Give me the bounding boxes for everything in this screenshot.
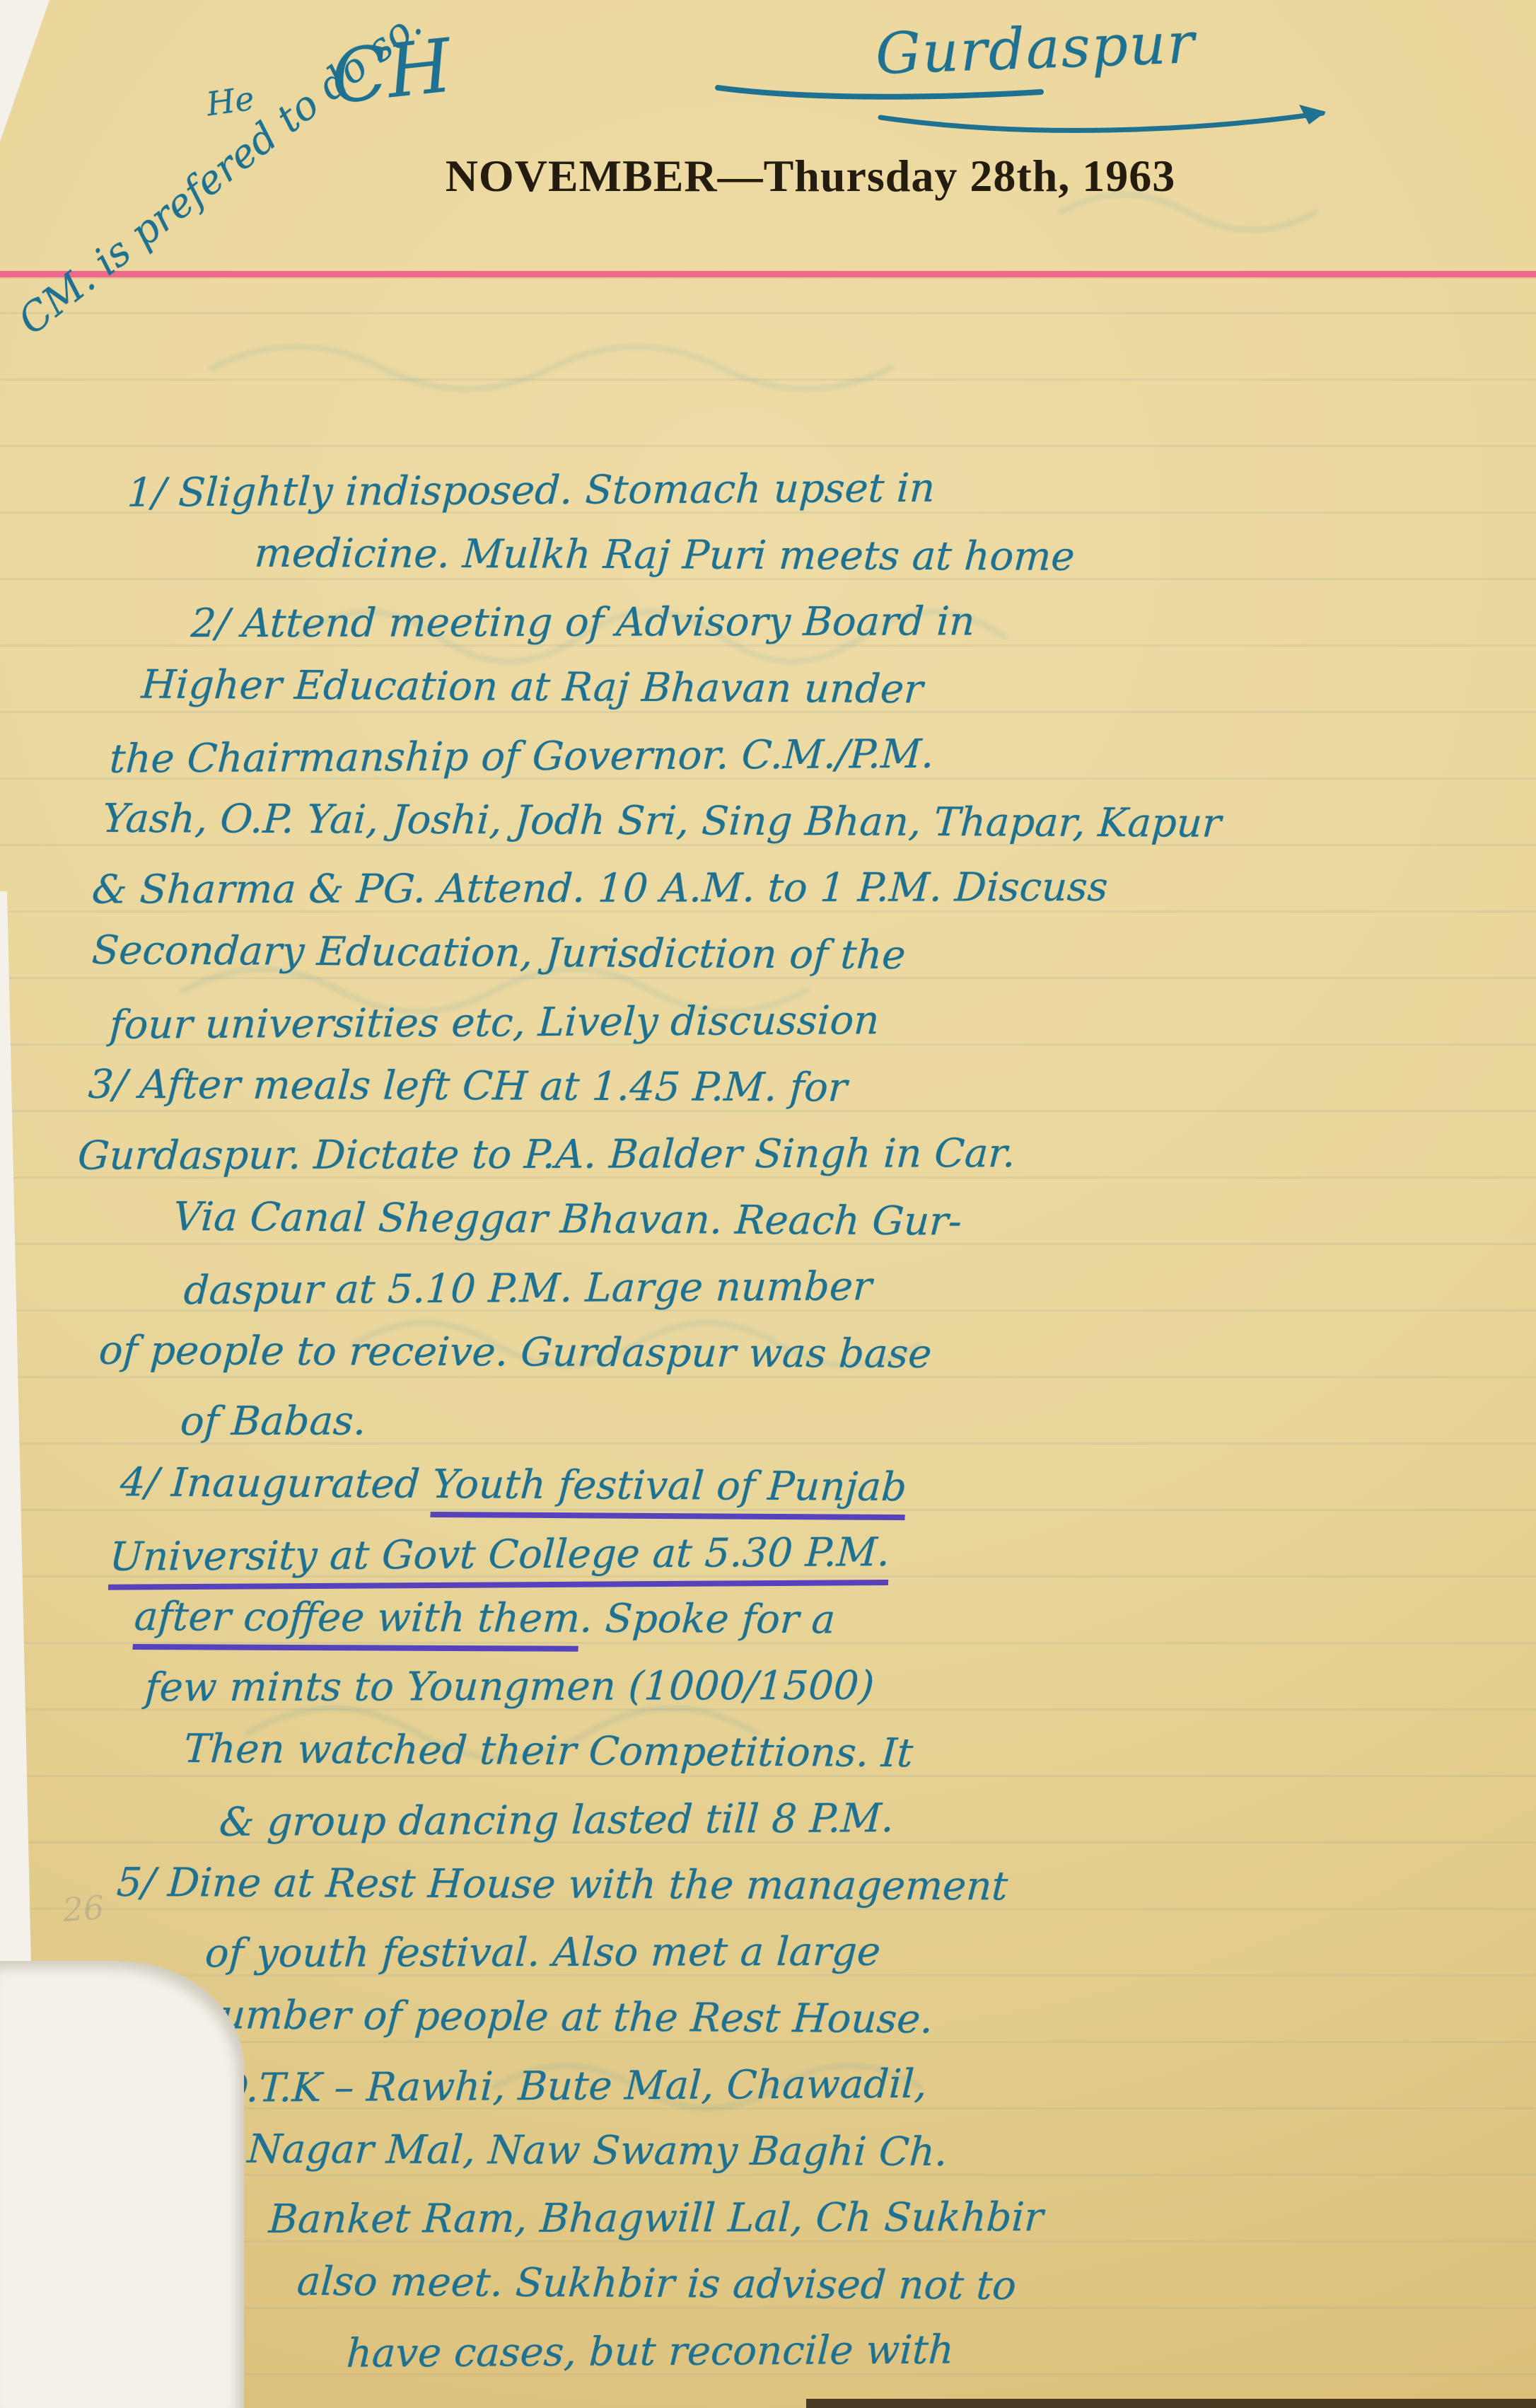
handwritten-line: Via Canal Sheggar Bhavan. Reach Gur-: [40, 1183, 1516, 1259]
handwritten-text: few mints to Youngmen (1000/1500): [144, 1663, 875, 1711]
handwritten-line: number of people at the Rest House.: [40, 1981, 1516, 2057]
handwritten-line: 3/ After meals left CH at 1.45 P.M. for: [40, 1051, 1516, 1124]
handwriting-lines: 1/ Slightly indisposed. Stomach upset in…: [42, 456, 1515, 2385]
handwritten-text: the Chairmanship of Governor. C.M./P.M.: [109, 731, 936, 782]
handwritten-text: of Babas.: [179, 1399, 367, 1445]
pink-margin-rule: [0, 271, 1536, 277]
handwritten-text: medicine. Mulkh Raj Puri meets at home: [253, 531, 1076, 580]
handwritten-line: & Sharma & PG. Attend. 10 A.M. to 1 P.M.…: [41, 853, 1517, 923]
handwritten-text: have cases, but reconcile with: [346, 2327, 955, 2376]
handwritten-line: few mints to Youngmen (1000/1500): [41, 1651, 1517, 1721]
handwritten-text: four universities etc, Lively discussion: [109, 997, 880, 1048]
handwritten-text: Banket Ram, Bhagwill Lal, Ch Sukhbir: [267, 2194, 1044, 2242]
handwritten-text: & Sharma & PG. Attend. 10 A.M. to 1 P.M.…: [91, 864, 1109, 913]
handwritten-line: 2/ Attend meeting of Advisory Board in: [41, 587, 1517, 657]
handwritten-line: Nagar Mal, Naw Swamy Baghi Ch.: [40, 2115, 1516, 2188]
handwritten-text: of youth festival. Also met a large: [204, 1929, 881, 1977]
handwritten-line: 1/ Slightly indisposed. Stomach upset in: [41, 452, 1516, 528]
handwritten-line: the Chairmanship of Governor. C.M./P.M.: [41, 718, 1516, 794]
handwritten-text: Higher Education at Raj Bhavan under: [140, 662, 924, 713]
purple-underlined-text: Youth festival of Punjab: [431, 1461, 908, 1520]
handwritten-line: 4/ Inaugurated Youth festival of Punjab: [40, 1449, 1516, 1525]
handwritten-line: Then watched their Competitions. It: [40, 1715, 1516, 1791]
handwritten-text: 4/ Inaugurated: [119, 1459, 434, 1507]
place-underline-arrow: [870, 98, 1365, 147]
handwritten-line: Banket Ram, Bhagwill Lal, Ch Sukhbir: [41, 2183, 1517, 2253]
torn-corner: [0, 1961, 244, 2408]
handwritten-line: have cases, but reconcile with: [41, 2314, 1516, 2390]
handwritten-text: G.O.T.K – Rawhi, Bute Mal, Chawadil,: [173, 2061, 929, 2112]
handwritten-text: 1/ Slightly indisposed. Stomach upset in: [127, 465, 936, 516]
handwritten-line: four universities etc, Lively discussion: [41, 984, 1516, 1060]
handwritten-text: Secondary Education, Jurisdiction of the: [91, 927, 907, 978]
page-bottom-edge: [806, 2399, 1536, 2408]
annotation-he: He: [204, 79, 257, 124]
handwritten-text: 3/ After meals left CH at 1.45 P.M. for: [87, 1062, 848, 1111]
diary-page: NOVEMBER—Thursday 28th, 1963 He CH Gurda…: [0, 0, 1536, 2408]
handwritten-text: 5/ Dine at Rest House with the managemen…: [115, 1860, 1009, 1909]
handwritten-text: Yash, O.P. Yai, Joshi, Jodh Sri, Sing Bh…: [101, 796, 1222, 847]
handwritten-line: of people to receive. Gurdaspur was base: [40, 1317, 1516, 1390]
handwritten-text: Via Canal Sheggar Bhavan. Reach Gur-: [172, 1194, 963, 1245]
handwritten-text: Nagar Mal, Naw Swamy Baghi Ch.: [246, 2126, 948, 2175]
handwritten-line: University at Govt College at 5.30 P.M.: [41, 1516, 1516, 1592]
handwritten-line: after coffee with them. Spoke for a: [40, 1583, 1516, 1656]
handwritten-text: & group dancing lasted till 8 P.M.: [219, 1795, 895, 1846]
handwritten-line: also meet. Sukhbir is advised not to: [40, 2247, 1516, 2323]
handwritten-line: & group dancing lasted till 8 P.M.: [41, 1782, 1516, 1858]
purple-underlined-text: after coffee with them: [132, 1594, 581, 1652]
handwritten-text: . Spoke for a: [578, 1596, 836, 1643]
handwritten-text: daspur at 5.10 P.M. Large number: [183, 1263, 873, 1314]
handwritten-line: G.O.T.K – Rawhi, Bute Mal, Chawadil,: [41, 2048, 1516, 2124]
handwritten-line: of Babas.: [41, 1385, 1517, 1455]
annotation-place-gurdaspur: Gurdaspur: [875, 10, 1197, 87]
handwritten-text: Then watched their Competitions. It: [182, 1726, 914, 1776]
purple-underlined-text: University at Govt College at 5.30 P.M.: [108, 1529, 891, 1590]
scan-edge-top-left: [0, 0, 50, 141]
handwritten-text: 2/ Attend meeting of Advisory Board in: [190, 598, 976, 647]
handwritten-line: Secondary Education, Jurisdiction of the: [40, 918, 1516, 993]
handwritten-text: also meet. Sukhbir is advised not to: [296, 2259, 1018, 2309]
handwritten-text: Gurdaspur. Dictate to P.A. Balder Singh …: [76, 1130, 1016, 1179]
handwritten-line: Higher Education at Raj Bhavan under: [40, 652, 1516, 727]
handwritten-line: Gurdaspur. Dictate to P.A. Balder Singh …: [41, 1119, 1517, 1189]
handwritten-line: of youth festival. Also met a large: [41, 1917, 1517, 1987]
handwritten-line: 5/ Dine at Rest House with the managemen…: [40, 1849, 1516, 1922]
handwritten-line: medicine. Mulkh Raj Puri meets at home: [40, 519, 1516, 592]
handwritten-line: daspur at 5.10 P.M. Large number: [41, 1250, 1516, 1326]
handwritten-text: of people to receive. Gurdaspur was base: [98, 1328, 933, 1377]
handwritten-line: Yash, O.P. Yai, Joshi, Jodh Sri, Sing Bh…: [40, 785, 1516, 858]
handwritten-text: number of people at the Rest House.: [193, 1992, 934, 2042]
